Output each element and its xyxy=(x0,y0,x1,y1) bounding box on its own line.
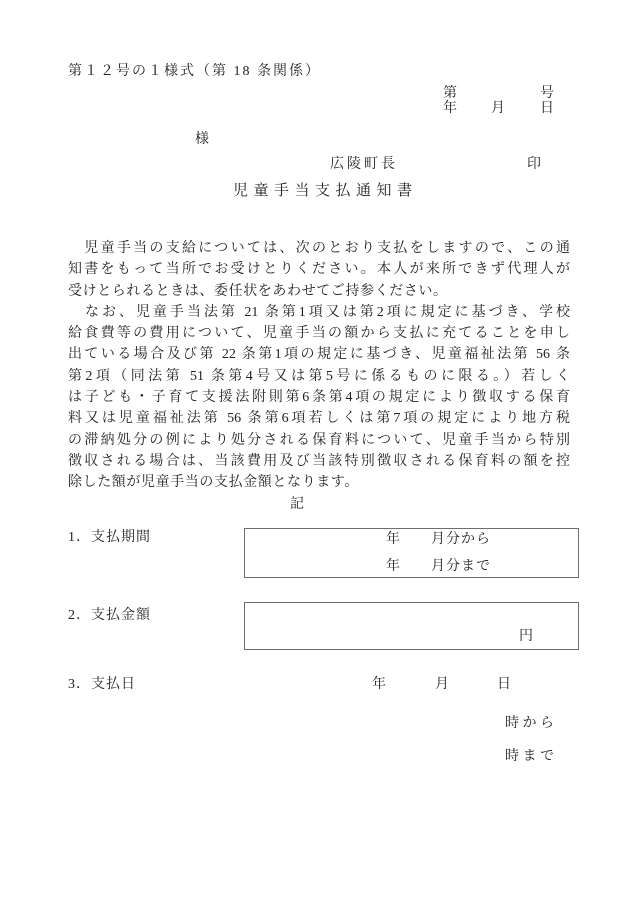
date-year-label: 年 xyxy=(443,101,457,117)
date-month-label: 月 xyxy=(491,101,505,117)
yen-unit-label: 円 xyxy=(519,630,534,644)
document-title: 児童手当支払通知書 xyxy=(233,179,418,200)
issuer-name: 広陵町長 xyxy=(330,157,398,173)
period-from-line: 年 月分から xyxy=(386,533,491,547)
time-to-label: 時まで xyxy=(505,749,558,765)
body-line: 除した額が児童手当の支払金額となります。 xyxy=(68,472,570,493)
period-to-line: 年 月分まで xyxy=(386,560,491,574)
document-page: 第１２号の１様式（第 18 条関係） 第 号 年 月 日 様 広陵町長 印 児童… xyxy=(0,0,630,903)
seal-mark: 印 xyxy=(527,157,541,173)
item-2-label: 2．支払金額 xyxy=(68,608,151,624)
doc-number-suffix: 号 xyxy=(540,86,554,102)
body-line: 給食費等の費用について、児童手当の額から支払に充てることを申し xyxy=(68,323,570,344)
time-from-label: 時から xyxy=(505,716,558,732)
body-line: 受けとられるときは、委任状をあわせてご持参ください。 xyxy=(68,281,570,302)
payment-period-box: 年 月分から 年 月分まで xyxy=(244,528,579,578)
addressee-suffix: 様 xyxy=(195,132,209,148)
payment-amount-box: 円 xyxy=(244,602,579,650)
payday-day-label: 日 xyxy=(497,677,511,693)
payday-month-label: 月 xyxy=(435,677,449,693)
body-text: 児童手当の支給については、次のとおり支払をしますので、この通 知書をもって当所で… xyxy=(68,238,570,494)
body-line: 児童手当の支給については、次のとおり支払をしますので、この通 xyxy=(68,238,570,259)
body-line: 第2項（同法第 51 条第4号又は第5号に係るものに限る。）若しく xyxy=(68,366,570,387)
payday-year-label: 年 xyxy=(372,677,386,693)
body-line: 知書をもって当所でお受けとりください。本人が来所できず代理人が xyxy=(68,259,570,280)
body-line: なお、児童手当法第 21 条第1項又は第2項に規定に基づき、学校 xyxy=(68,302,570,323)
item-3-label: 3．支払日 xyxy=(68,677,136,693)
item-1-label: 1．支払期間 xyxy=(68,530,151,546)
ki-heading: 記 xyxy=(290,497,304,513)
body-line: の滞納処分の例により処分される保育料について、児童手当から特別 xyxy=(68,430,570,451)
body-line: 徴収される場合は、当該費用及び当該特別徴収される保育料の額を控 xyxy=(68,451,570,472)
body-line: 出ている場合及び第 22 条第1項の規定に基づき、児童福祉法第 56 条 xyxy=(68,344,570,365)
form-number: 第１２号の１様式（第 18 条関係） xyxy=(68,64,321,80)
body-line: は子ども・子育て支援法附則第6条第4項の規定により徴収する保育 xyxy=(68,387,570,408)
date-day-label: 日 xyxy=(540,101,554,117)
doc-number-prefix: 第 xyxy=(443,86,457,102)
body-line: 料又は児童福祉法第 56 条第6項若しくは第7項の規定により地方税 xyxy=(68,408,570,429)
